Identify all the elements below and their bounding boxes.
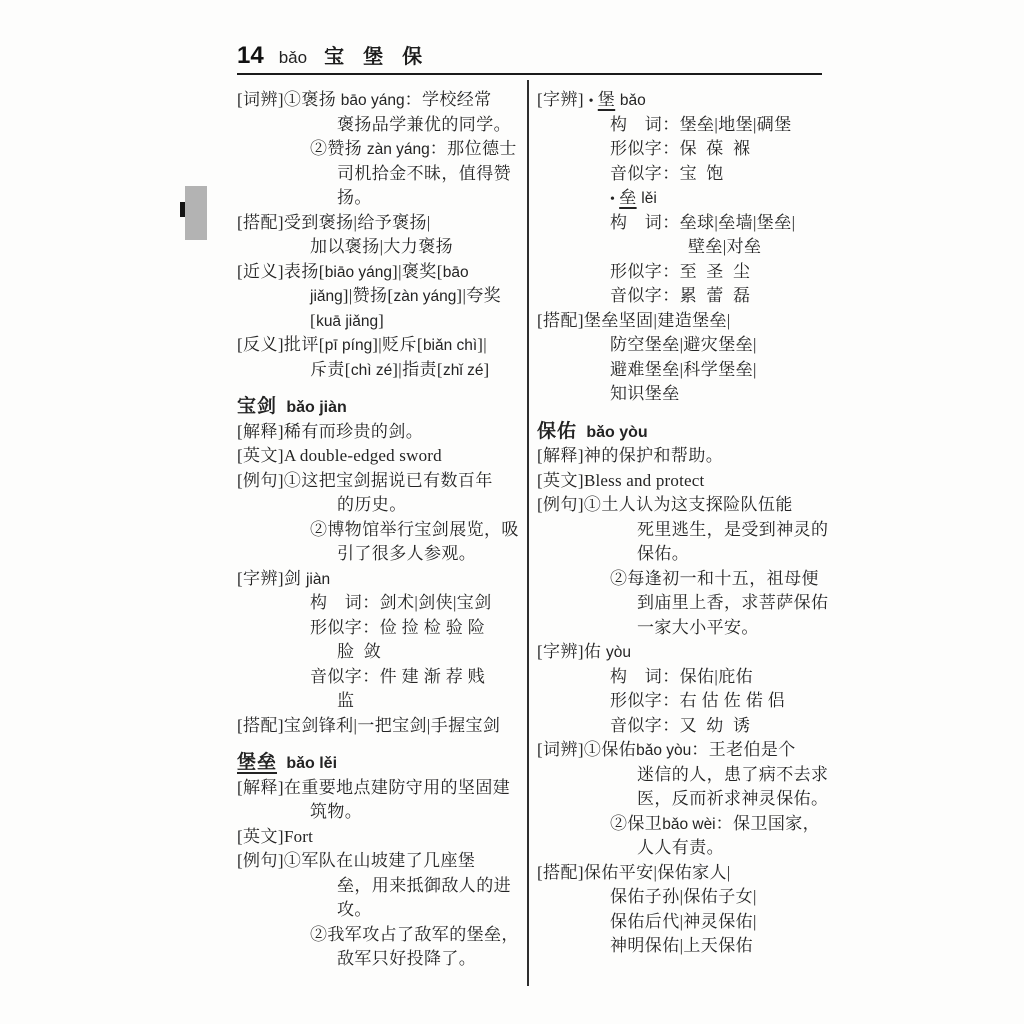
text-line: 宝剑 bǎo jiàn [237,395,529,420]
text-line: [例句]①土人认为这支探险队伍能 [537,493,827,518]
text-segment: [搭配]堡垒坚固|建造堡垒| [537,311,731,330]
text-line: [搭配]受到褒扬|给予褒扬| [237,211,529,236]
text-line: ②赞扬 zàn yáng：那位德士 [237,137,529,162]
text-line: 迷信的人，患了病不去求 [537,763,827,788]
text-segment: Bless and protect [584,471,704,490]
dictionary-column-left: [词辨]①褒扬 bāo yáng：学校经常褒扬品学兼优的同学。②赞扬 zàn y… [237,88,529,972]
text-segment: zhǐ zé [443,362,484,379]
text-line: 监 [237,689,529,714]
text-segment: jiǎng [310,288,343,305]
text-line: 防空堡垒|避灾堡垒| [537,333,827,358]
text-segment: [例句]①土人认为这支探险队伍能 [537,495,793,514]
text-segment [277,397,286,416]
text-line: [英文]Bless and protect [537,469,827,494]
text-line: 形似字：至 圣 尘 [537,260,827,285]
text-line: 保佑。 [537,542,827,567]
text-segment: [英文] [237,446,284,465]
text-segment: 保佑 [537,421,577,442]
text-line: • 垒 lěi [537,186,827,211]
text-line: 堡垒 bǎo lěi [237,751,529,776]
text-line: 加以褒扬|大力褒扬 [237,235,529,260]
text-segment: ]|指责[ [392,360,443,379]
text-segment: zàn yáng [367,141,430,158]
text-segment: [英文] [537,471,584,490]
text-line: 构 词：保佑|庇佑 [537,665,827,690]
text-line: 构 词：垒球|垒墙|堡垒| [537,211,827,236]
text-segment: ] [378,311,384,330]
text-segment: [字辨]佑 [537,642,606,661]
text-line: 形似字：右 估 佐 偌 侣 [537,689,827,714]
text-segment: 知识堡垒 [610,384,680,403]
page-header: 14 bǎo 宝 堡 保 [237,40,429,70]
text-segment: ②每逢初一和十五，祖母便 [610,569,819,588]
text-segment: [反义]批评[ [237,335,325,354]
text-segment: • [610,192,619,207]
text-segment: [词辨]①保佑 [537,740,636,759]
text-segment: 形似字：右 估 佐 偌 侣 [610,691,785,710]
text-segment: [搭配]受到褒扬|给予褒扬| [237,213,431,232]
text-segment: 监 [337,691,354,710]
text-line: 死里逃生，是受到神灵的 [537,518,827,543]
text-line: [字辨]佑 yòu [537,640,827,665]
text-line: [例句]①这把宝剑据说已有数百年 [237,469,529,494]
text-segment: 壁垒|对垒 [688,237,761,256]
text-line: 到庙里上香，求菩萨保佑 [537,591,827,616]
text-segment: 构 词：保佑|庇佑 [610,667,753,686]
text-line: [反义]批评[pī píng]|贬斥[biǎn chì]| [237,333,529,358]
text-line: 形似字：保 葆 褓 [537,137,827,162]
text-segment: 斥责[ [310,360,351,379]
text-line: [近义]表扬[biāo yáng]|褒奖[bāo [237,260,529,285]
text-line: 一家大小平安。 [537,616,827,641]
text-segment: 筑物。 [310,802,362,821]
text-segment: chì zé [351,362,392,379]
text-segment: [英文] [237,827,284,846]
text-segment: 音似字：累 蕾 磊 [610,286,750,305]
text-line: [解释]稀有而珍贵的剑。 [237,420,529,445]
text-line: 音似字：累 蕾 磊 [537,284,827,309]
text-segment: 音似字：件 建 渐 荐 贱 [310,667,485,686]
header-pinyin: bǎo [279,48,307,68]
text-segment: ]|褒奖[ [392,262,443,281]
text-segment: [解释]神的保护和帮助。 [537,446,723,465]
text-line: 避难堡垒|科学堡垒| [537,358,827,383]
text-segment: 避难堡垒|科学堡垒| [610,360,757,379]
text-segment: bǎo lěi [286,755,337,772]
text-segment: 音似字：宝 饱 [610,164,724,183]
text-segment: 形似字：保 葆 褓 [610,139,750,158]
text-segment: 防空堡垒|避灾堡垒| [610,335,757,354]
text-line: [搭配]宝剑锋利|一把宝剑|手握宝剑 [237,714,529,739]
text-segment: 敌军只好投降了。 [337,949,476,968]
text-line: 褒扬品学兼优的同学。 [237,113,529,138]
text-segment: ②赞扬 [310,139,367,158]
text-segment: ]|赞扬[ [343,286,394,305]
text-segment: Fort [284,827,313,846]
text-segment: ] [483,360,489,379]
text-segment: ]|夸奖 [456,286,501,305]
text-line: 知识堡垒 [537,382,827,407]
text-segment: [词辨]①褒扬 [237,90,341,109]
text-line: 神明保佑|上天保佑 [537,934,827,959]
text-segment: 构 词：堡垒|地堡|碉堡 [610,115,792,134]
text-line: 形似字：俭 捡 检 验 险 [237,616,529,641]
text-segment: 垒 [619,188,636,207]
text-segment: 构 词：垒球|垒墙|堡垒| [610,213,795,232]
text-line: 扬。 [237,186,529,211]
text-line: jiǎng]|赞扬[zàn yáng]|夸奖 [237,284,529,309]
text-segment: 死里逃生，是受到神灵的 [637,520,828,539]
text-segment: bǎo yòu [636,742,691,759]
text-segment: ②保卫 [610,814,662,833]
text-line: [搭配]堡垒坚固|建造堡垒| [537,309,827,334]
text-segment: 引了很多人参观。 [337,544,476,563]
text-line: 引了很多人参观。 [237,542,529,567]
text-segment: 迷信的人，患了病不去求 [637,765,828,784]
text-line: [搭配]保佑平安|保佑家人| [537,861,827,886]
text-segment: zàn yáng [393,288,456,305]
text-line: 壁垒|对垒 [537,235,827,260]
text-line: [解释]在重要地点建防守用的坚固建 [237,776,529,801]
text-segment: jiàn [306,571,330,588]
text-segment: bǎo jiàn [286,399,346,416]
text-line: ②每逢初一和十五，祖母便 [537,567,827,592]
text-segment: [解释]稀有而珍贵的剑。 [237,422,423,441]
text-segment: ②博物馆举行宝剑展览，吸 [310,520,519,539]
text-segment: bǎo wèi [662,816,715,833]
text-segment: bāo yáng [341,92,405,109]
text-segment: yòu [606,644,631,661]
text-segment: bǎo [620,92,646,109]
text-segment: biǎn chì [423,337,477,354]
text-segment: 构 词：剑术|剑侠|宝剑 [310,593,492,612]
text-line: 构 词：堡垒|地堡|碉堡 [537,113,827,138]
text-line: 筑物。 [237,800,529,825]
text-segment: 一家大小平安。 [637,618,759,637]
text-line: 脸 敛 [237,640,529,665]
text-segment: 保佑子孙|保佑子女| [610,887,757,906]
text-segment: 加以褒扬|大力褒扬 [310,237,453,256]
text-segment: 形似字：至 圣 尘 [610,262,750,281]
text-segment: 形似字：俭 捡 检 验 险 [310,618,485,637]
text-segment [277,753,286,772]
text-segment: 扬。 [337,188,372,207]
text-segment: 司机拾金不昧，值得赞 [337,164,511,183]
text-line: [字辨] • 堡 bǎo [537,88,827,113]
page-number: 14 [237,42,264,70]
text-line: 敌军只好投降了。 [237,947,529,972]
header-characters: 宝 堡 保 [324,40,429,69]
text-line: 音似字：宝 饱 [537,162,827,187]
text-line: [英文]A double-edged sword [237,444,529,469]
text-segment: ]| [477,335,487,354]
text-line: 保佑后代|神灵保佑| [537,910,827,935]
text-segment: 脸 敛 [337,642,381,661]
text-segment: 保佑后代|神灵保佑| [610,912,757,931]
text-line: ②博物馆举行宝剑展览，吸 [237,518,529,543]
text-segment: ：学校经常 [405,90,492,109]
text-line: [词辨]①褒扬 bāo yáng：学校经常 [237,88,529,113]
text-line: 保佑 bǎo yòu [537,420,827,445]
text-segment: 攻。 [337,900,372,919]
text-line: 音似字：件 建 渐 荐 贱 [237,665,529,690]
text-segment: bǎo yòu [586,424,647,441]
scan-margin-tick-icon [180,202,185,217]
text-segment: [搭配]保佑平安|保佑家人| [537,863,731,882]
text-segment: biāo yáng [325,264,392,281]
text-segment: lěi [641,190,657,207]
text-segment: 的历史。 [337,495,407,514]
scan-margin-tab [185,186,207,240]
text-line: [字辨]剑 jiàn [237,567,529,592]
text-segment: 堡垒 [237,752,277,773]
text-segment: [近义]表扬[ [237,262,325,281]
text-line: 司机拾金不昧，值得赞 [237,162,529,187]
text-line: [词辨]①保佑bǎo yòu：王老伯是个 [537,738,827,763]
text-segment [577,422,586,441]
text-segment: ：保卫国家， [716,814,820,833]
text-segment: ：王老伯是个 [691,740,795,759]
text-segment: 保佑。 [637,544,689,563]
text-line: 的历史。 [237,493,529,518]
text-segment: ]|贬斥[ [372,335,423,354]
text-line: 人人有责。 [537,836,827,861]
text-segment: [字辨]剑 [237,569,306,588]
text-segment: 音似字：又 幼 诱 [610,716,750,735]
text-line: 医，反而祈求神灵保佑。 [537,787,827,812]
text-segment: ②我军攻占了敌军的堡垒， [310,925,519,944]
text-line: 攻。 [237,898,529,923]
text-segment: bāo [443,264,469,281]
dictionary-page: 14 bǎo 宝 堡 保 [词辨]①褒扬 bāo yáng：学校经常褒扬品学兼优… [0,0,1024,1024]
text-segment: 医，反而祈求神灵保佑。 [637,789,828,808]
text-segment: 宝剑 [237,396,277,417]
text-segment: A double-edged sword [284,446,442,465]
text-segment: [例句]①军队在山坡建了几座堡 [237,851,475,870]
text-segment: [例句]①这把宝剑据说已有数百年 [237,471,493,490]
text-segment: 垒，用来抵御敌人的进 [337,876,511,895]
text-segment: [搭配]宝剑锋利|一把宝剑|手握宝剑 [237,716,500,735]
text-segment: 神明保佑|上天保佑 [610,936,753,955]
text-segment: pī píng [325,337,372,354]
text-line: ②保卫bǎo wèi：保卫国家， [537,812,827,837]
text-line: [解释]神的保护和帮助。 [537,444,827,469]
text-line: [例句]①军队在山坡建了几座堡 [237,849,529,874]
dictionary-column-right: [字辨] • 堡 bǎo构 词：堡垒|地堡|碉堡形似字：保 葆 褓音似字：宝 饱… [537,88,827,959]
text-line: [kuā jiǎng] [237,309,529,334]
text-line: ②我军攻占了敌军的堡垒， [237,923,529,948]
text-segment: 褒扬品学兼优的同学。 [337,115,511,134]
header-rule [237,73,822,75]
text-line: 保佑子孙|保佑子女| [537,885,827,910]
text-line: 垒，用来抵御敌人的进 [237,874,529,899]
text-segment: 堡 [598,90,615,109]
text-segment: ：那位德士 [430,139,517,158]
text-segment: [字辨] [537,90,589,109]
text-line: 构 词：剑术|剑侠|宝剑 [237,591,529,616]
text-line: [英文]Fort [237,825,529,850]
text-segment: 人人有责。 [637,838,724,857]
text-segment: [解释]在重要地点建防守用的坚固建 [237,778,510,797]
text-segment: 到庙里上香，求菩萨保佑 [637,593,828,612]
text-segment: kuā jiǎng [316,313,378,330]
text-segment: • [589,94,598,109]
text-line: 音似字：又 幼 诱 [537,714,827,739]
text-line: 斥责[chì zé]|指责[zhǐ zé] [237,358,529,383]
